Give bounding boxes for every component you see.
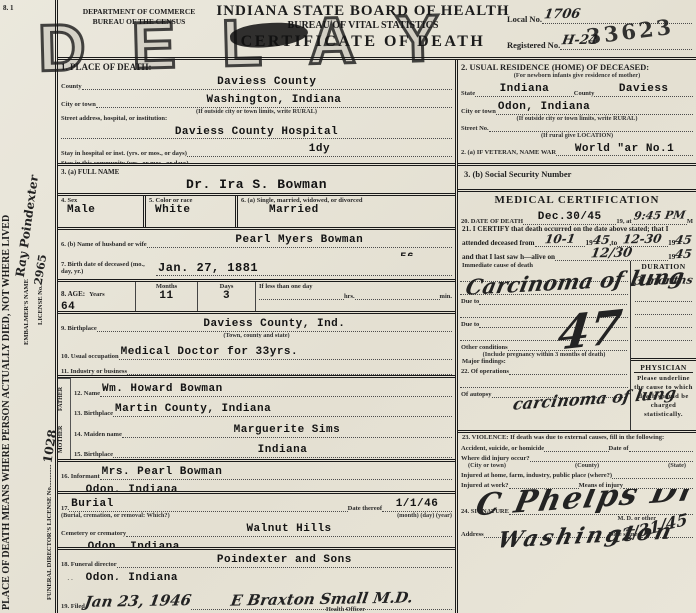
signature-row: 24. SIGNATURE [458,505,696,515]
spouse-age-line: 56 [377,248,437,256]
marital-cell: 6. (a) Single, married, widowed, or divo… [238,196,455,227]
section-funeral-director: 18. Funeral director Poindexter and Sons… [58,550,455,580]
min-label: min. [440,293,452,300]
duration-line-1 [635,289,692,302]
section-violence: 23. VIOLENCE: If death was due to extern… [458,433,696,489]
attended-to-line: 12-30 [617,233,668,247]
dod-at-label: , at [623,218,632,225]
violence-row-2-notes: (City or town) (County) (State) [458,462,696,469]
operations-label: 22. Of operations [461,368,509,375]
race-value: White [149,204,232,216]
signature-label: 24. SIGNATURE [461,508,509,515]
mother-birthplace-label: 15. Birthplace [74,451,113,458]
duration-line-3 [635,315,692,328]
fd-license-label: FUNERAL DIRECTOR'S LICENSE No. [46,486,53,600]
autopsy-label: Of autopsy [461,391,492,398]
right-column: 2. USUAL RESIDENCE (HOME) OF DECEASED: (… [458,60,696,613]
last-saw-value: 12/30 [590,247,633,261]
attended-from-line: 10-1 [535,233,586,247]
father-name-value: Wm. Howard Bowman [102,383,223,395]
embalmer-line: EMBALMER'S NAME Ray Poindexter [20,45,34,345]
violence-row-3: Injured at home, farm, industry, public … [458,469,696,479]
age-years-label: Years [89,291,105,298]
due-to-row-1: Due to [458,295,630,305]
due-to-extra-line-2 [460,328,628,341]
physician-instruction: Please underline the cause to which deat… [634,375,693,419]
dod-m-label: M [687,218,693,225]
operations-row: 22. Of operations [458,365,630,375]
date-of-death-value: Dec.30/45 [538,211,602,223]
informant-address-value: Odon, Indiana [86,484,178,494]
mother-birthplace-row: 15. Birthplace Indiana [71,440,455,458]
birthplace-row: 9. Birthplace Daviess County, Ind. [58,314,455,332]
health-officer-label: Health Officer [326,606,365,613]
residence-county-label: County [574,90,595,97]
residence-city-row: City or town Odon, Indiana [458,97,696,115]
residence-county-line: Daviess [594,79,693,97]
registered-no-label: Registered No. [507,40,560,50]
immediate-cause-line2 [460,282,628,295]
city-note: (City or town) [468,462,506,469]
violence-label: 23. VIOLENCE: If death was due to extern… [458,433,696,442]
medical-certification-heading: MEDICAL CERTIFICATION [458,192,696,207]
sig-address-label: Address [461,531,484,538]
father-name-label: 12. Name [74,390,100,397]
birthdate-row: 7. Birth date of deceased (mo., day, yr.… [58,256,455,279]
occupation-value: Medical Doctor for 33yrs. [121,346,299,358]
pod-county-label: County [61,83,82,90]
section-informant: 16. Informant Mrs. Pearl Bowman Address … [58,462,455,494]
signature-note: M. D. or other [458,515,696,522]
autopsy-row: Of autopsy [458,388,630,398]
local-no-value: 1706 [543,8,581,22]
certify3-text: and that I last saw h [462,253,524,261]
disposition-notes-row: (Burial, cremation, or removal: Which?) … [58,512,455,519]
mother-birthplace-line: Indiana [113,440,452,458]
filed-date-value: Jan 23, 1946 [83,591,192,611]
yr3-value: 45 [674,247,693,261]
residence-state-county-row: State Indiana County Daviess [458,79,696,97]
violence-row-2: Where did injury occur? [458,452,696,462]
residence-city-line: Odon, Indiana [496,97,693,115]
veteran-line: World "ar No.1 [556,139,693,157]
duration-title: DURATION [633,262,694,271]
residence-street-label: Street No. [461,125,489,132]
occupation-row: 10. Usual occupation Medical Doctor for … [58,338,455,360]
birthdate-value: Jan. 27, 1881 [158,261,258,275]
mother-maiden-line: Marguerite Sims [122,420,452,438]
pod-stay-hospital-value: 1dy [309,143,330,155]
other-conditions-row: Other conditions [458,341,630,351]
occupation-line: Medical Doctor for 33yrs. [119,342,452,360]
birthplace-value: Daviess County, Ind. [203,318,345,330]
age-cell: 8. AGE: Years 64 [58,282,136,311]
funeral-director-row: 18. Funeral director Poindexter and Sons [58,550,455,568]
funeral-director-line: Poindexter and Sons [117,550,452,568]
father-name-row: 12. Name Wm. Howard Bowman [71,379,455,397]
mother-maiden-row: 14. Maiden name Marguerite Sims [71,420,455,438]
section-signature: 24. SIGNATURE M. D. or other Address Dat… [458,489,696,613]
injured-place-label: Injured at home, farm, industry, public … [461,472,612,479]
yr1-value: 45 [592,233,611,247]
pod-city-line: Washington, Indiana [96,90,452,108]
date-of-label: Date of [609,445,629,452]
veteran-value: World "ar No.1 [575,143,674,155]
section-age: 8. AGE: Years 64 Months 11 Days 3 [58,282,455,314]
sex-label: 4. Sex [61,197,140,204]
pod-county-row: County Daviess County [58,72,455,90]
hrs-label: hrs. [344,293,355,300]
birthplace-label: 9. Birthplace [61,325,97,332]
other-conditions-line [508,341,627,351]
date-thereof-value: 1/1/46 [396,498,439,510]
duration-line-2 [635,302,692,315]
dod-time-value: 9:45 PM [633,210,686,222]
spouse-row: 6. (b) Name of husband or wife Pearl Mye… [58,230,455,248]
pod-stay-hospital-line: 1dy [187,139,452,157]
date-of-death-line: Dec.30/45 [523,207,616,225]
pod-street-label: Street address, hospital, or institution… [58,115,455,122]
disposition-type-value: Burial [71,498,114,510]
parent-fields: 12. Name Wm. Howard Bowman 13. Birthplac… [71,378,455,459]
accident-line [544,442,608,452]
informant-line: Mrs. Pearl Bowman [100,462,452,480]
where-injury-label: Where did injury occur? [461,455,530,462]
residence-county-value: Daviess [619,83,669,95]
mother-birthplace-value: Indiana [258,444,308,456]
section-disposition: 17. Burial Date thereof 1/1/46 (Burial, … [58,494,455,550]
veteran-label: 2. (a) IF VETERAN, NAME WAR [461,149,556,156]
due-to-row-2: Due to [458,318,630,328]
yr2-value: 45 [674,233,693,247]
number-block: Local No. 1706 Registered No. H-24 33623 [507,6,692,58]
industry-line [127,365,452,375]
date-signed-line [641,528,693,538]
cemetery-value: Walnut Hills [246,523,331,535]
date-of-death-row: 20. DATE OF DEATH Dec.30/45 19 , at 9:45… [458,207,696,225]
residence-location-note: (If rural give LOCATION) [458,132,696,139]
death-certificate-scan: 8. 1 PLACE OF DEATH MEANS WHERE PERSON A… [0,0,696,613]
full-name-line: Dr. Ira S. Bowman [61,176,452,193]
father-birthplace-label: 13. Birthplace [74,410,113,417]
cause-of-death-block: Immediate cause of death Due to Due to [458,261,696,433]
signature-line [509,505,693,515]
father-birthplace-value: Martin County, Indiana [115,403,271,415]
father-tab: FATHER [58,378,70,419]
section-residence: 2. USUAL RESIDENCE (HOME) OF DECEASED: (… [458,60,696,166]
birthplace-line: Daviess County, Ind. [97,314,452,332]
section-sex-race-marital: 4. Sex Male 5. Color or race White 6. (a… [58,196,455,230]
pod-city-row: City or town Washington, Indiana [58,90,455,108]
section-full-name: 3. (a) FULL NAME Dr. Ira S. Bowman [58,166,455,196]
filed-label: 19. Filed [61,603,85,610]
health-officer-line: E Braxton Small M.D. [191,592,452,610]
health-officer-signature: E Braxton Small M.D. [229,591,414,610]
pregnancy-note: (Include pregnancy within 3 months of de… [458,351,630,358]
cemetery-row: Cemetery or crematory Walnut Hills [58,519,455,537]
veteran-row: 2. (a) IF VETERAN, NAME WAR World "ar No… [458,139,696,157]
residence-street-line [489,122,693,132]
sig-address-line [484,528,609,538]
due-to-extra-line-1 [460,305,628,318]
residence-subnote: (For newborn infants give residence of m… [458,72,696,79]
section-occupation: 10. Usual occupation Medical Doctor for … [58,338,455,360]
which-note: (Burial, cremation, or removal: Which?) [61,512,170,519]
age-months-label: Months [139,283,194,290]
section-industry: 11. Industry or business [58,360,455,378]
state-note: (State) [668,462,686,469]
pod-stay-community-row: Stay in this community (yrs., or mos., o… [58,157,455,166]
informant-address-row: Address Odon, Indiana [58,480,455,494]
pod-stay-community-line [189,157,452,166]
months-cell: Months 11 [136,282,198,311]
mdy-note: (month) (day) (year) [397,512,452,519]
section-birthdate: 7. Birth date of deceased (mo., day, yr.… [58,256,455,282]
margin-note: PLACE OF DEATH MEANS WHERE PERSON ACTUAL… [1,55,12,610]
where-injury-line [530,452,693,462]
informant-address-line: Odon, Indiana [84,480,452,494]
full-name-value: Dr. Ira S. Bowman [186,177,327,192]
residence-state-value: Indiana [500,83,550,95]
immediate-cause-line1 [460,269,628,282]
spouse-age-row: 6. (c) If alive, give age 56 years [58,248,455,256]
pod-street-row: Daviess County Hospital [58,122,455,140]
father-birthplace-line: Martin County, Indiana [113,399,452,417]
birthdate-label: 7. Birth date of deceased (mo., day, yr.… [61,261,156,275]
residence-state-label: State [461,90,475,97]
residence-city-value: Odon, Indiana [498,101,590,113]
section-ssn: 3. (b) Social Security Number [458,166,696,192]
mother-tab: MOTHER [58,419,70,459]
accident-label: Accident, suicide, or homicide [461,445,544,452]
duration-value: 3 months [634,274,694,288]
funeral-director-address-value: Odon, Indiana [86,572,178,580]
age-days-value: 3 [201,290,252,302]
pod-street-value: Daviess County Hospital [175,126,338,138]
duration-line-4 [635,328,692,341]
age-years-value: 64 [61,301,132,311]
due-to-line-1 [479,295,627,305]
ssn-label: 3. (b) Social Security Number [458,166,696,182]
pod-street-line: Daviess County Hospital [61,122,452,140]
occupation-label: 10. Usual occupation [61,353,119,360]
cemetery-location-value: Odon, Indiana [88,541,180,550]
injured-work-line [509,479,579,489]
informant-row: 16. Informant Mrs. Pearl Bowman [58,462,455,480]
local-no-label: Local No. [507,14,542,24]
due-to-label-1: Due to [461,298,479,305]
residence-rural-note: (If outside city or town limits, write R… [458,115,696,122]
certificate-form: DEPARTMENT OF COMMERCE BUREAU OF THE CEN… [55,0,696,613]
county-note: (County) [575,462,599,469]
attended-from-value: 10-1 [544,233,576,246]
cemetery-label: Cemetery or crematory [61,530,126,537]
less-than-day-cell: If less than one day hrs. min. [256,282,455,311]
embalmer-label: EMBALMER'S NAME [23,279,30,345]
residence-state-line: Indiana [475,79,574,97]
cemetery-location-row: Location Odon, Indiana [58,537,455,550]
race-label: 5. Color or race [149,197,232,204]
spouse-label: 6. (b) Name of husband or wife [61,241,147,248]
form-body: 1. PLACE OF DEATH: County Daviess County… [58,60,696,613]
disposition-number: 17. [61,505,69,512]
cause-lines: Immediate cause of death Due to Due to [458,261,630,430]
department-block: DEPARTMENT OF COMMERCE BUREAU OF THE CEN… [64,7,214,27]
age-days-label: Days [201,283,252,290]
operations-extra-line [460,375,628,388]
major-findings-label: Major findings: [458,358,630,365]
dept-line1: DEPARTMENT OF COMMERCE [64,7,214,17]
autopsy-line [492,388,627,398]
operations-line [509,365,627,375]
cemetery-location-line: Odon, Indiana [86,537,452,550]
section-birthplace: 9. Birthplace Daviess County, Ind. (Town… [58,314,455,338]
physician-box: PHYSICIAN Please underline the cause to … [631,361,696,430]
informant-value: Mrs. Pearl Bowman [102,466,223,478]
injured-place-line [612,469,693,479]
pod-city-label: City or town [61,101,96,108]
pod-stay-hospital-row: Stay in hospital or inst. (yrs. or mos.,… [58,139,455,157]
mother-maiden-label: 14. Maiden name [74,431,122,438]
certify-line-3: and that I last saw h— alive on 12/30 19… [458,247,696,262]
funeral-director-address-row: Address Odon, Indiana [58,568,455,580]
mother-maiden-value: Marguerite Sims [234,424,341,436]
duration-box: DURATION 3 months [631,261,696,361]
age-months-value: 11 [139,290,194,302]
signature-address-row: Address Date signed [458,528,696,538]
dept-line2: BUREAU OF THE CENSUS [64,17,214,27]
section-parents: FATHER MOTHER 12. Name Wm. Howard Bowman… [58,378,455,462]
spouse-line: Pearl Myers Bowman [147,230,452,248]
form-header: DEPARTMENT OF COMMERCE BUREAU OF THE CEN… [58,0,696,60]
means-injury-line [623,479,693,489]
sex-cell: 4. Sex Male [58,196,146,227]
other-conditions-label: Other conditions [461,344,508,351]
days-cell: Days 3 [198,282,256,311]
marital-value: Married [241,204,452,216]
physician-title: PHYSICIAN [634,363,693,373]
certify3-alive: alive on [531,253,555,261]
section-place-of-death: 1. PLACE OF DEATH: County Daviess County… [58,60,455,166]
certify2-text: attended deceased from [462,239,535,247]
hrs-line [259,290,344,300]
sex-value: Male [61,204,140,216]
pod-stay-hospital-label: Stay in hospital or inst. (yrs. or mos.,… [61,150,187,157]
industry-row: 11. Industry or business [58,360,455,375]
date-thereof-label: Date thereof [348,505,382,512]
age-label: 8. AGE: [61,290,85,298]
pod-rural-note: (If outside city or town limits, write R… [58,108,455,115]
min-line [355,290,440,300]
funeral-director-label: 18. Funeral director [61,561,117,568]
due-to-line-2 [479,318,627,328]
cemetery-line: Walnut Hills [126,519,452,537]
certify-line-1: 21. I CERTIFY that death occurred on the… [458,225,696,233]
certify-line-2: attended deceased from 10-1 19 45, to 12… [458,233,696,247]
side-boxes: DURATION 3 months PHYSICIAN Please under… [630,261,696,430]
disposition-row: 17. Burial Date thereof 1/1/46 [58,494,455,512]
pod-heading: 1. PLACE OF DEATH: [58,60,455,72]
injured-work-label: Injured at work? [461,482,509,489]
funeral-director-address-line: Odon, Indiana [84,568,452,580]
marital-label: 6. (a) Single, married, widowed, or divo… [241,197,452,204]
date-of-line [629,442,693,452]
left-margin: PLACE OF DEATH MEANS WHERE PERSON ACTUAL… [0,0,55,613]
parent-tabs: FATHER MOTHER [58,378,71,459]
means-injury-label: Means of injury [579,482,623,489]
attended-to-value: 12-30 [622,233,663,246]
residence-city-label: City or town [461,108,496,115]
disposition-type-line: Burial [69,494,348,512]
violence-row-4: Injured at work? Means of injury [458,479,696,489]
residence-street-row: Street No. [458,122,696,132]
board-title: INDIANA STATE BOARD OF HEALTH [198,3,528,20]
date-of-death-label: 20. DATE OF DEATH [461,218,523,225]
filed-row: 19. Filed Jan 23, 1946 E Braxton Small M… [58,580,455,613]
informant-label: 16. Informant [61,473,100,480]
birthdate-line: Jan. 27, 1881 [156,259,452,277]
father-birthplace-row: 13. Birthplace Martin County, Indiana [71,399,455,417]
violence-row-1: Accident, suicide, or homicide Date of [458,442,696,452]
left-column: 1. PLACE OF DEATH: County Daviess County… [58,60,458,613]
due-to-label-2: Due to [461,321,479,328]
last-saw-line: 12/30 [555,247,668,262]
father-name-line: Wm. Howard Bowman [100,379,452,397]
section-filed: 19. Filed Jan 23, 1946 E Braxton Small M… [58,580,455,613]
pod-county-line: Daviess County [82,72,452,90]
spouse-value: Pearl Myers Bowman [235,234,363,246]
full-name-label: 3. (a) FULL NAME [58,166,455,176]
funeral-director-value: Poindexter and Sons [217,554,352,566]
pod-city-value: Washington, Indiana [206,94,341,106]
immediate-cause-label: Immediate cause of death [458,261,630,269]
dod-time-line: 9:45 PM [632,207,687,225]
race-cell: 5. Color or race White [146,196,238,227]
less-than-day-label: If less than one day [259,283,452,290]
pod-county-value: Daviess County [217,76,316,88]
residence-heading: 2. USUAL RESIDENCE (HOME) OF DECEASED: [458,60,696,72]
section-spouse: 6. (b) Name of husband or wife Pearl Mye… [58,230,455,256]
industry-label: 11. Industry or business [61,368,127,375]
date-signed-label: Date signed [609,531,641,538]
date-thereof-line: 1/1/46 [382,494,452,512]
